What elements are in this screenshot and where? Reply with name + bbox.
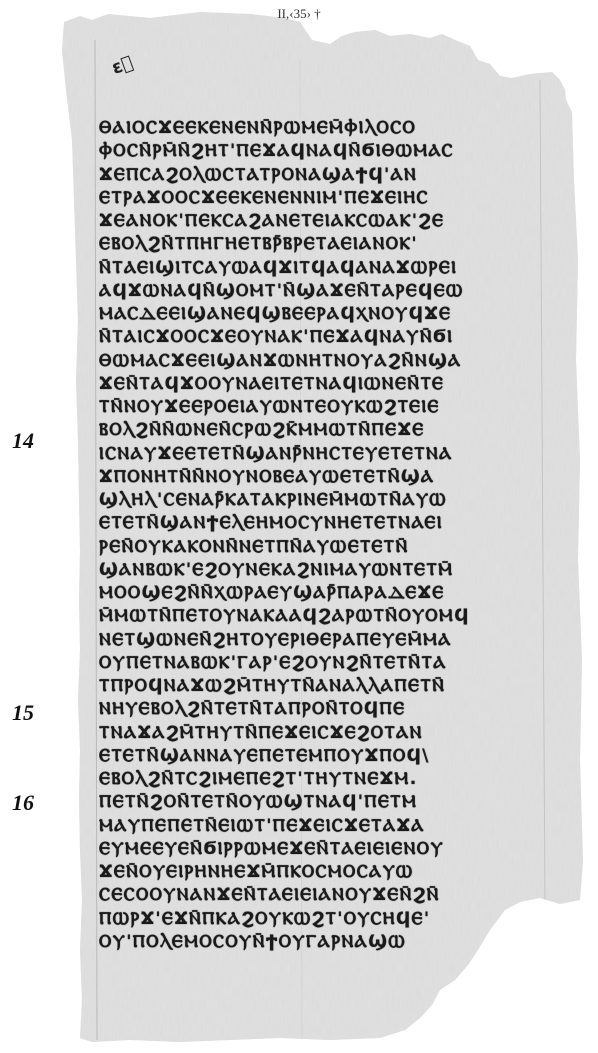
text-line: ϪⲈⲀⲚⲞⲔ'ⲠⲈⲔⲤⲀϨⲀⲚⲈⲦⲈⲒⲀⲔⲤⲰⲀⲔ'ϨⲈ xyxy=(99,210,529,233)
text-line: ⲂⲞⲖϨⲚ̄Ⲛ̄ⲰⲚⲈⲚ̄ⲤⲢⲰϨⲔ̄ⲘⲘⲰⲦⲚ̄ⲠⲈϪⲈ xyxy=(99,419,529,442)
text-line: ⲘⲀⲤⲆⲈⲈⲒϢⲀⲚⲈϤϢⲂⲈⲈⲢⲀϤⲬⲚⲞⲨϤϪⲈ xyxy=(99,303,529,326)
text-line: ⲤⲈⲤⲞⲞⲨⲚⲀⲚϪⲈⲚ̄ⲦⲀⲈⲒⲈⲒⲀⲚⲞⲨϪⲈⲚ̄ϨⲚ̄ xyxy=(99,884,529,907)
section-marker-14: 14 xyxy=(12,428,34,454)
text-line: ϪⲈⲠⲤⲀϨⲞⲖⲰⲤⲦⲀⲦⲢⲞⲚⲀϢⲀϮϤ'ⲀⲚ xyxy=(99,164,529,187)
text-line: ⲀϤϪⲰⲚⲀϤⲚ̄ϢⲞⲘⲦ'Ⲛ̄ϢⲀϪⲈⲚ̄ⲦⲀⲢⲈϤⲈⲰ xyxy=(99,280,529,303)
text-line: ⲘⲞⲞϢⲈϨⲚ̄Ⲛ̄ⲬⲰⲢⲀⲈⲨϢⲀⲢ̄ⲠⲀⲢⲀⲆⲈϪⲈ xyxy=(99,582,529,605)
text-line: ⲦⲚ̄ⲚⲞⲨϪⲈⲈⲢⲞⲈⲒⲀⲨⲰⲚⲦⲈⲞⲨⲔⲰϨⲦⲈⲒⲈ xyxy=(99,396,529,419)
text-line: ⲠⲈⲦⲚ̄ϨⲞⲚ̄ⲦⲈⲦⲚ̄ⲞⲨⲰϢⲦⲚⲀϤ'ⲠⲈⲦⲘ xyxy=(99,791,529,814)
text-line: ⲢⲈⲚ̄ⲞⲨⲔⲀⲔⲞⲚⲚ̄ⲚⲈⲦⲠⲚ̄ⲀⲨⲰⲈⲦⲈⲦⲚ̄ xyxy=(99,536,529,559)
text-line: Ⲙ̄ⲘⲰⲦⲚ̄ⲠⲈⲦⲞⲨⲚⲀⲔⲀⲀϤϨⲀⲢⲰⲦⲚ̄ⲞⲨⲞⲘϤ xyxy=(99,605,529,628)
text-line: Ⲛ̄ⲦⲀⲈⲒϢⲒⲦⲤⲀⲨⲰⲀϤϪⲒⲦϤⲀϤⲀⲚⲀϪⲰⲢⲈⲒ xyxy=(99,257,529,280)
text-line: ⲐⲰⲘⲀⲤϪⲈⲈⲒϢⲀⲚϪⲰⲚⲎⲦⲚⲞⲨⲀϨⲚ̄ⲚϢⲀ xyxy=(99,350,529,373)
text-line: ⲈⲦⲈⲦⲚ̄ϢⲀⲚϮⲈⲖⲈⲎⲘⲞⲤⲨⲚⲎⲈⲦⲈⲦⲚⲀⲈⲒ xyxy=(99,512,529,535)
text-line: ϢⲀⲚⲂⲰⲔ'ⲈϨⲞⲨⲚⲈⲔⲀϨⲚⲒⲘⲀⲨⲰⲚⲦⲈⲦⲘ̄ xyxy=(99,559,529,582)
coptic-text-block: ⲐⲀⲒⲞⲤϪⲈⲈⲔⲈⲚⲈⲚⲚ̄ⲢⲰⲘⲈⲘ̄ⲪⲒⲖⲞⲤⲞ ⲪⲞⲤⲚ̄ⲢⲘ̄Ⲛ̄ϨⲎ… xyxy=(99,117,529,954)
text-line: ⲈⲦⲈⲦⲚ̄ϢⲀⲚⲚⲀⲨⲈⲠⲈⲦⲈⲘⲠⲞⲨϪⲠⲞϤ\ xyxy=(99,745,529,768)
section-marker-16: 16 xyxy=(12,790,34,816)
text-line: ϪⲠⲞⲚⲎⲦⲚ̄Ⲛ̄ⲚⲞⲨⲚⲞⲂⲈⲀⲨⲰⲈⲦⲈⲦⲚ̄ϢⲀ xyxy=(99,466,529,489)
text-line: ⲚⲈⲦϢⲰⲚⲈⲚ̄ϨⲎⲦⲞⲨⲈⲢⲒⲐⲈⲢⲀⲠⲈⲨⲈⲘ̄ⲘⲀ xyxy=(99,629,529,652)
text-line: ϢⲖⲎⲖ'ⲤⲈⲚⲀⲢ̄ⲔⲀⲦⲀⲔⲢⲒⲚⲈⲘ̄ⲘⲰⲦⲚ̄ⲀⲨⲰ xyxy=(99,489,529,512)
text-line: ⲞⲨⲠⲈⲦⲚⲀⲂⲰⲔ'ⲄⲀⲢ'ⲈϨⲞⲨⲚϨⲚ̄ⲦⲈⲦⲚ̄ⲦⲀ xyxy=(99,652,529,675)
text-line: ⲈⲂⲞⲖϨⲚ̄ⲦⲤϨⲒⲘⲈⲠⲈϨⲦ'ⲦⲎⲨⲦⲚⲈϪⲘ. xyxy=(99,768,529,791)
text-line: ⲚⲎⲨⲈⲂⲞⲖϨⲚ̄ⲦⲈⲦⲚ̄ⲦⲀⲠⲢⲞⲚ̄ⲦⲞϤⲠⲈ xyxy=(99,698,529,721)
text-line: ⲞⲨ'ⲠⲞⲖⲈⲘⲞⲤⲞⲨⲚ̄ϮⲞⲨⲄⲀⲢⲚⲀϢⲰ xyxy=(99,931,529,954)
text-line: ⲦⲚⲀϪⲀϨⲘ̄ⲦⲎⲨⲦⲚ̄ⲠⲈϪⲈⲒⲤϪⲈϨⲞⲦⲀⲚ xyxy=(99,722,529,745)
text-line: ϪⲈⲚ̄ⲞⲨⲈⲒⲢⲎⲚⲎⲈϪⲘ̄ⲠⲔⲞⲤⲘⲞⲤⲀⲨⲰ xyxy=(99,861,529,884)
text-line: ϪⲈⲚ̄ⲦⲀϤϪⲞⲞⲨⲚⲀⲈⲒⲦⲈⲦⲚⲀϤⲒⲰⲚⲈⲚ̄ⲦⲈ xyxy=(99,373,529,396)
text-line: ⲘⲀⲨⲠⲈⲠⲈⲦⲚ̄ⲈⲒⲰⲦ'ⲠⲈϪⲈⲒⲤϪⲈⲦⲀϪⲀ xyxy=(99,815,529,838)
text-line: ⲪⲞⲤⲚ̄ⲢⲘ̄Ⲛ̄ϨⲎⲦ'ⲠⲈϪⲀϤⲚⲀϤⲚ̄ϬⲒⲐⲰⲘⲀⲤ xyxy=(99,140,529,163)
text-line: ⲦⲠⲢⲞϤⲚⲀϪⲰϨⲘ̄ⲦⲎⲨⲦⲚ̄ⲀⲚⲀⲖⲖⲀⲠⲈⲦⲚ̄ xyxy=(99,675,529,698)
text-line: ⲈⲂⲞⲖϨⲚ̄ⲦⲠⲎⲄⲎⲈⲦⲂⲢ̄ⲂⲢⲈⲦⲀⲈⲒⲀⲚⲞⲔ' xyxy=(99,233,529,256)
text-line: ⲐⲀⲒⲞⲤϪⲈⲈⲔⲈⲚⲈⲚⲚ̄ⲢⲰⲘⲈⲘ̄ⲪⲒⲖⲞⲤⲞ xyxy=(99,117,529,140)
section-marker-15: 15 xyxy=(12,700,34,726)
text-line: ⲠⲰⲢϪ'ⲈϪⲚ̄ⲠⲔⲀϨⲞⲨⲔⲰϨⲦ'ⲞⲨⲤⲎϤⲈ' xyxy=(99,908,529,931)
text-line: ⲒⲤⲚⲀⲨϪⲈⲈⲦⲈⲦⲚ̄ϢⲀⲚⲢ̄ⲚⲎⲤⲦⲈⲨⲈⲦⲈⲦⲚⲀ xyxy=(99,443,529,466)
text-line: ⲈⲦⲢⲀϪⲞⲞⲤϪⲈⲈⲔⲈⲚⲈⲚⲚⲒⲘ'ⲠⲈϪⲈⲒⲎⲤ xyxy=(99,187,529,210)
text-line: ⲈⲨⲘⲈⲈⲨⲈⲚ̄ϬⲒⲢⲢⲰⲘⲈϪⲈⲚ̄ⲦⲀⲈⲒⲈⲒⲈⲚⲞⲨ xyxy=(99,838,529,861)
text-line: Ⲛ̄ⲦⲀⲒⲤϪⲞⲞⲤϪⲈⲞⲨⲚⲀⲔ'ⲠⲈϪⲀϤⲚⲀⲨⲚ̄ϬⲒ xyxy=(99,326,529,349)
page-header: II,‹35› † xyxy=(0,6,598,22)
